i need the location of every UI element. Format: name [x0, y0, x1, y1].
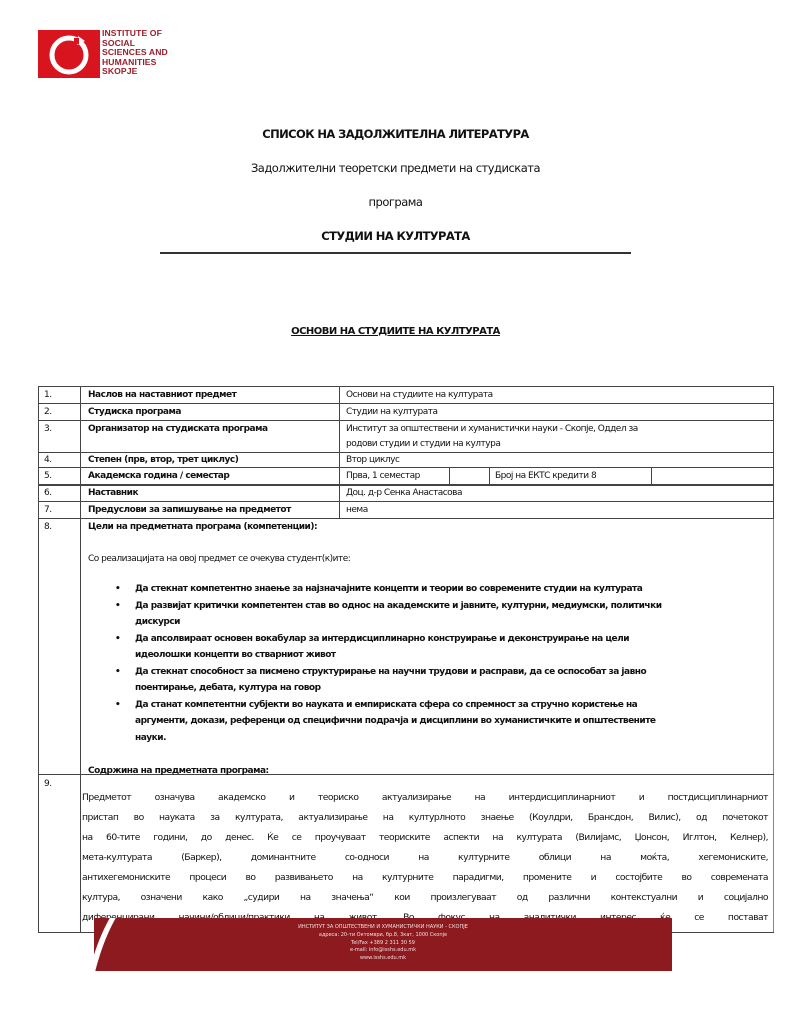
goals-list: •Да стекнат компетентно знаење за најзна…	[88, 581, 768, 746]
footer-phone: Tel/Fax +389 2 311 30 59	[94, 940, 672, 948]
goal-text: Да станат компетентни субјекти во наукат…	[135, 700, 637, 710]
footer-banner: ИНСТИТУТ ЗА ОПШТЕСТВЕНИ И ХУМАНИСТИЧКИ Н…	[94, 918, 672, 971]
row-number: 3.	[44, 422, 52, 436]
course-heading: ОСНОВИ НА СТУДИИТЕ НА КУЛТУРАТА	[0, 326, 791, 337]
table-border	[38, 386, 774, 387]
field-label-course-title: Наслов на наставниот предмет	[88, 388, 236, 402]
course-goals-section: Цели на предметната програма (компетенци…	[88, 519, 768, 746]
column-divider	[80, 386, 81, 933]
logo-text: INSTITUTE OF SOCIAL SCIENCES AND HUMANIT…	[102, 29, 168, 77]
column-divider	[449, 467, 450, 485]
table-border	[38, 386, 39, 933]
goals-heading: Цели на предметната програма (компетенци…	[88, 519, 768, 535]
field-value-instructor: Доц. д-р Сенка Анастасова	[346, 486, 462, 500]
goal-text-cont: аргументи, докази, референци од специфич…	[135, 716, 656, 726]
row-number: 6.	[44, 486, 52, 500]
swoosh-decoration	[94, 918, 128, 971]
row-divider	[38, 501, 774, 502]
goal-text: Да стекнат компетентно знаење за најзнач…	[135, 584, 642, 594]
field-label-academic-year: Академска година / семестар	[88, 469, 229, 483]
document-subtitle-cont: програма	[0, 195, 791, 209]
goal-text: Да апсолвираат основен вокабулар за инте…	[135, 634, 629, 644]
field-label-study-program: Студиска програма	[88, 405, 181, 419]
field-value-ects-credits: Број на ЕКТС кредити 8	[495, 469, 596, 483]
course-contents-text: Предметот означува академско и теориско …	[82, 788, 768, 928]
footer-website[interactable]: www.isshs.edu.mk	[94, 955, 672, 963]
bullet-icon: •	[115, 664, 120, 681]
paragraph-line: на 60-тите години, до денес. Ќе се проуч…	[82, 828, 768, 848]
row-number: 8.	[44, 520, 52, 534]
document-subtitle: Задолжителни теоретски предмети на студи…	[0, 161, 791, 175]
goals-intro: Со реализацијата на овој предмет се очек…	[88, 551, 768, 567]
goal-item: •Да развијат критички компетентен став в…	[88, 598, 768, 631]
goal-text-cont: дискурси	[135, 617, 180, 627]
logo-line: SKOPJE	[102, 67, 168, 77]
goal-text: Да стекнат способност за писмено структу…	[135, 667, 646, 677]
row-number: 2.	[44, 405, 52, 419]
field-label-degree: Степен (прв, втор, трет циклус)	[88, 453, 238, 467]
institute-logo: INSTITUTE OF SOCIAL SCIENCES AND HUMANIT…	[38, 30, 168, 78]
circular-arrow-icon	[38, 30, 100, 78]
field-label-prerequisites: Предуслови за запишување на предметот	[88, 503, 291, 517]
goal-item: •Да апсолвираат основен вокабулар за инт…	[88, 631, 768, 664]
column-divider	[489, 467, 490, 485]
paragraph-line: антихегемониските процеси во развивањето…	[82, 868, 768, 888]
row-number: 1.	[44, 388, 52, 402]
field-label-organizer: Организатор на студиската програма	[88, 422, 268, 436]
goal-item: •Да станат компетентни субјекти во наука…	[88, 697, 768, 747]
bullet-icon: •	[115, 631, 120, 648]
footer-email[interactable]: e-mail: info@isshs.edu.mk	[94, 947, 672, 955]
row-number: 4.	[44, 453, 52, 467]
bullet-icon: •	[115, 598, 120, 615]
field-value-prerequisites: нема	[346, 503, 368, 517]
goal-item: •Да стекнат способност за писмено структ…	[88, 664, 768, 697]
row-divider	[38, 403, 774, 404]
course-heading-text: ОСНОВИ НА СТУДИИТЕ НА КУЛТУРАТА	[291, 326, 500, 337]
goal-text-cont: науки.	[135, 733, 166, 743]
row-number: 5.	[44, 469, 52, 483]
contents-heading: Содржина на предметната програма:	[88, 763, 269, 779]
row-divider	[38, 420, 774, 421]
field-value-course-title: Основи на студиите на културата	[346, 388, 493, 402]
column-divider	[651, 467, 652, 485]
program-name: СТУДИИ НА КУЛТУРАТА	[0, 229, 791, 243]
footer-address: адреса: 20-ти Октомври, бр.8, 3кат, 1000…	[94, 932, 672, 940]
field-value-organizer: Институт за општествени и хуманистички н…	[346, 422, 638, 436]
paragraph-line: Предметот означува академско и теориско …	[82, 788, 768, 808]
row-number: 9.	[44, 777, 52, 791]
row-number: 7.	[44, 503, 52, 517]
paragraph-line: мета-културата (Баркер), доминантните со…	[82, 848, 768, 868]
course-info-table: 1. Наслов на наставниот предмет Основи н…	[38, 386, 774, 933]
title-divider	[160, 252, 631, 254]
field-value-study-program: Студии на културата	[346, 405, 437, 419]
bullet-icon: •	[115, 697, 120, 714]
field-value-organizer-cont: родови студии и студии на култура	[346, 437, 500, 451]
field-label-instructor: Наставник	[88, 486, 138, 500]
goal-item: •Да стекнат компетентно знаење за најзна…	[88, 581, 768, 598]
row-divider	[38, 467, 774, 468]
footer-institute-name: ИНСТИТУТ ЗА ОПШТЕСТВЕНИ И ХУМАНИСТИЧКИ Н…	[94, 924, 672, 932]
bullet-icon: •	[115, 581, 120, 598]
goal-text-cont: идеолошки концепти во стварниот живот	[135, 650, 336, 660]
document-title: СПИСОК НА ЗАДОЛЖИТЕЛНА ЛИТЕРАТУРА	[0, 127, 791, 141]
field-value-degree: Втор циклус	[346, 453, 399, 467]
goal-text: Да развијат критички компетентен став во…	[135, 601, 662, 611]
goal-text-cont: поентирање, дебата, култура на говор	[135, 683, 321, 693]
paragraph-line: пристап во науката за културата, актуали…	[82, 808, 768, 828]
paragraph-line: култура, означени како „судири на значењ…	[82, 888, 768, 908]
field-value-academic-year: Прва, 1 семестар	[346, 469, 420, 483]
